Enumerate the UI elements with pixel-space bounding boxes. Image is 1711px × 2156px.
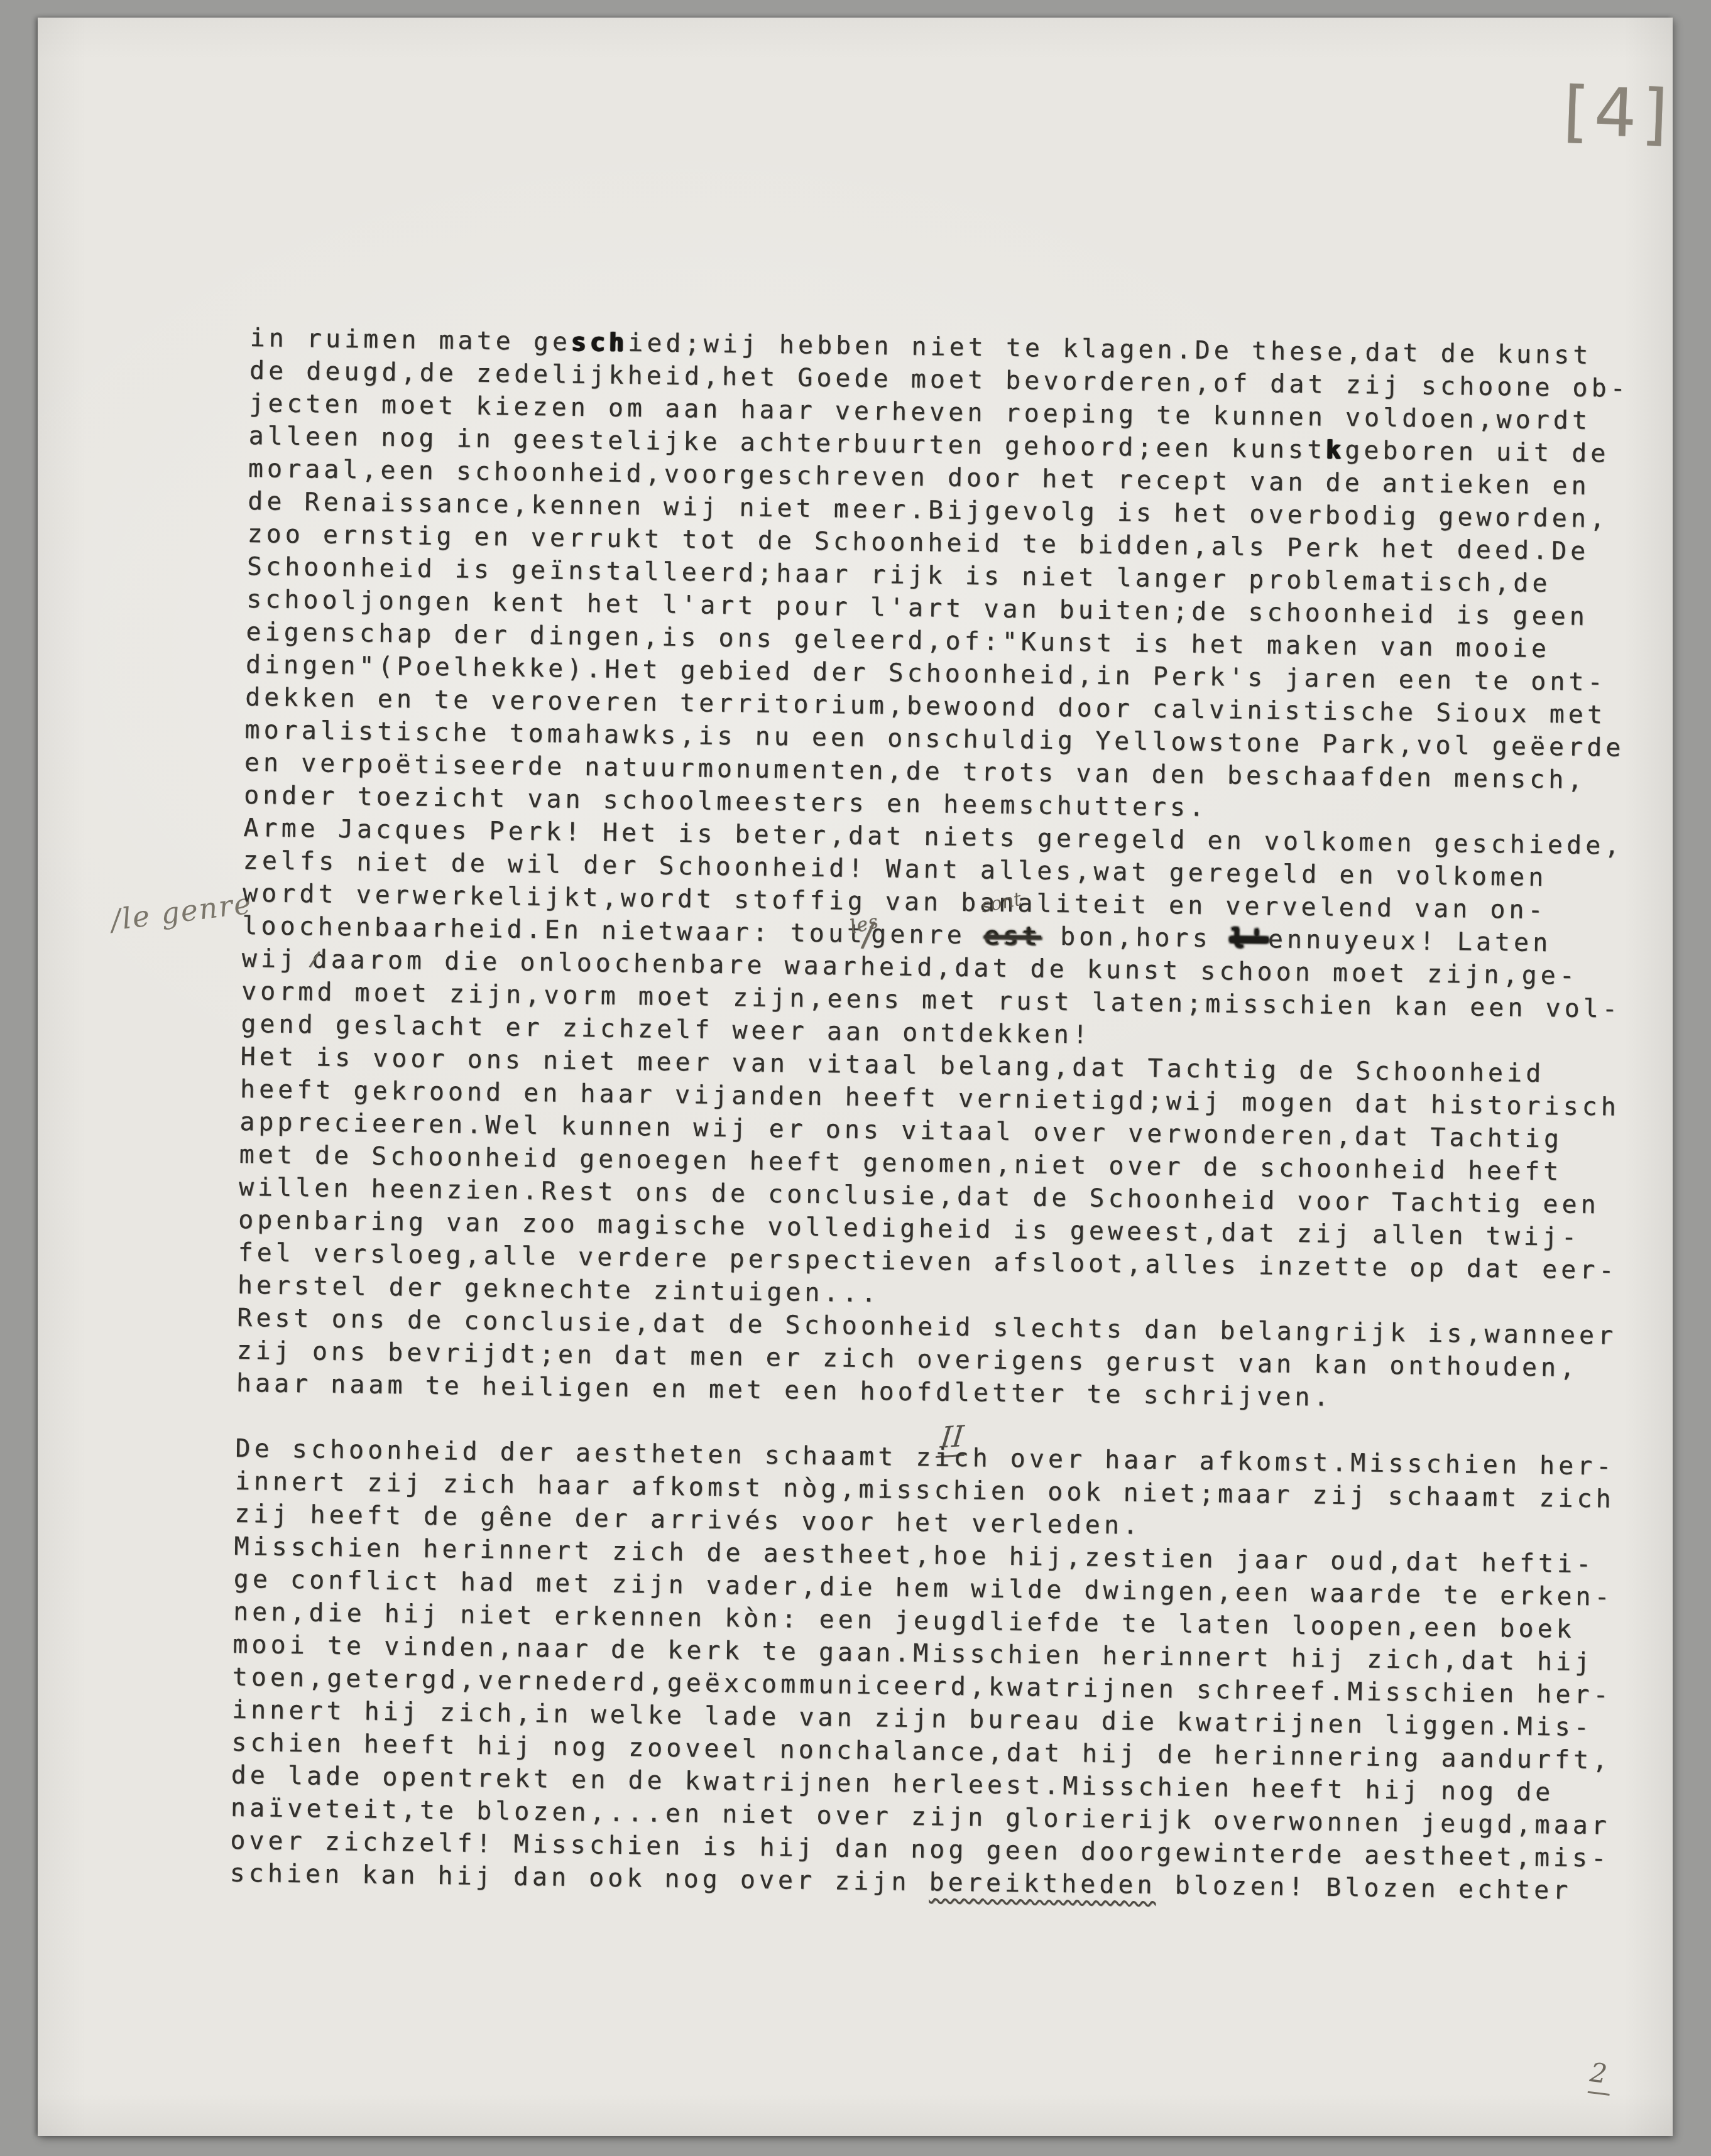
overstruck-text: k bbox=[1326, 435, 1345, 464]
hand-correction: estsont bbox=[984, 919, 1041, 952]
typescript-text-block: in ruimen mate geschied;wij hebben niet … bbox=[229, 322, 1676, 1908]
hand-underlined-word: bereiktheden bbox=[929, 1868, 1156, 1900]
ink-blob-strikeout: l' bbox=[1230, 925, 1268, 954]
pencil-margin-note: /le genre bbox=[109, 886, 254, 937]
scanned-page: [4] /le genre II 2 in ruimen mate geschi… bbox=[0, 0, 1711, 2156]
pencil-page-number: 2 bbox=[1588, 2057, 1614, 2096]
overstruck-text: sch bbox=[571, 328, 628, 357]
hand-caret-slash: / bbox=[861, 922, 879, 949]
pencil-corner-label: [4] bbox=[1562, 72, 1674, 153]
